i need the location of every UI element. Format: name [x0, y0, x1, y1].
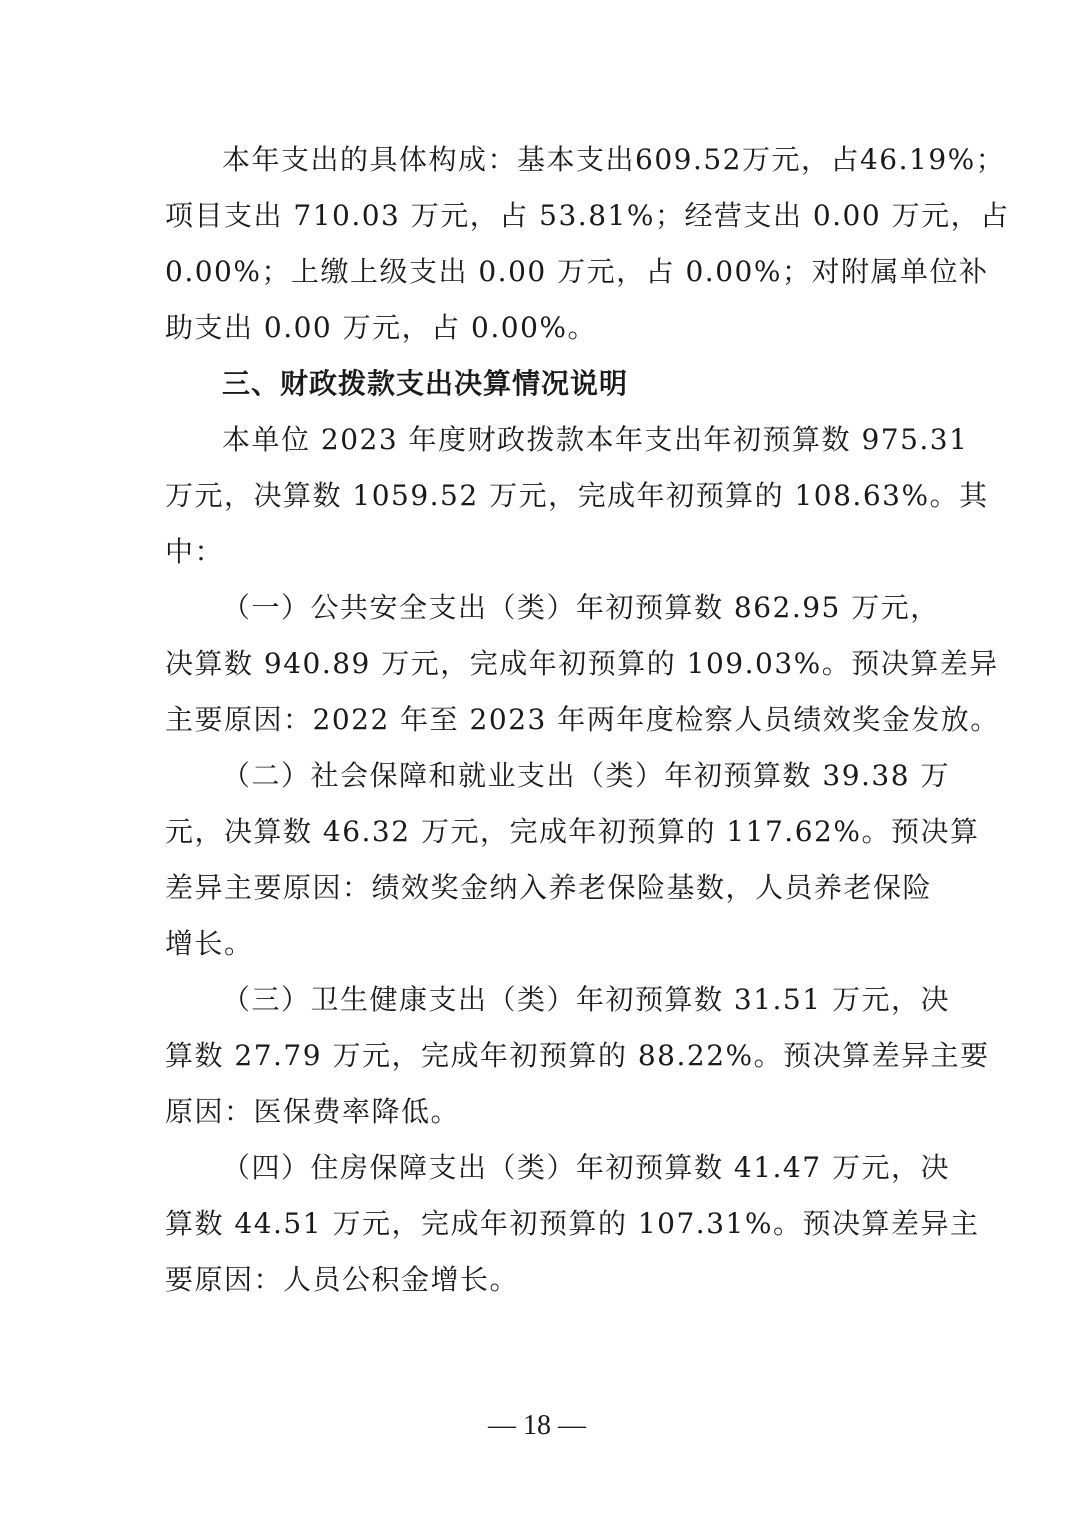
paragraph-line: 主要原因：2022 年至 2023 年两年度检察人员绩效奖金发放。: [165, 700, 913, 740]
paragraph-line: 本年支出的具体构成：基本支出609.52万元，占46.19%；: [222, 140, 970, 180]
paragraph-line: 中：: [165, 532, 913, 572]
paragraph-line: 元，决算数 46.32 万元，完成年初预算的 117.62%。预决算: [165, 812, 913, 852]
section-heading: 三、财政拨款支出决算情况说明: [222, 364, 970, 404]
paragraph-line: 差异主要原因：绩效奖金纳入养老保险基数，人员养老保险: [165, 868, 913, 908]
paragraph-line: （三）卫生健康支出（类）年初预算数 31.51 万元，决: [222, 980, 970, 1020]
paragraph-line: 算数 44.51 万元，完成年初预算的 107.31%。预决算差异主: [165, 1204, 913, 1244]
paragraph-line: （二）社会保障和就业支出（类）年初预算数 39.38 万: [222, 756, 970, 796]
paragraph-line: （一）公共安全支出（类）年初预算数 862.95 万元，: [222, 588, 970, 628]
paragraph-line: 决算数 940.89 万元，完成年初预算的 109.03%。预决算差异: [165, 644, 913, 684]
paragraph-line: 要原因：人员公积金增长。: [165, 1260, 913, 1300]
document-page: 本年支出的具体构成：基本支出609.52万元，占46.19%； 项目支出 710…: [0, 0, 1074, 1520]
paragraph-line: 原因：医保费率降低。: [165, 1092, 913, 1132]
paragraph-line: 项目支出 710.03 万元，占 53.81%；经营支出 0.00 万元，占: [165, 196, 913, 236]
page-number: — 18 —: [0, 1410, 1074, 1442]
paragraph-line: 0.00%；上缴上级支出 0.00 万元，占 0.00%；对附属单位补: [165, 252, 913, 292]
paragraph-line: 助支出 0.00 万元，占 0.00%。: [165, 308, 913, 348]
paragraph-line: 增长。: [165, 924, 913, 964]
paragraph-line: 万元，决算数 1059.52 万元，完成年初预算的 108.63%。其: [165, 476, 913, 516]
paragraph-line: 本单位 2023 年度财政拨款本年支出年初预算数 975.31: [222, 420, 970, 460]
paragraph-line: （四）住房保障支出（类）年初预算数 41.47 万元，决: [222, 1148, 970, 1188]
paragraph-line: 算数 27.79 万元，完成年初预算的 88.22%。预决算差异主要: [165, 1036, 913, 1076]
